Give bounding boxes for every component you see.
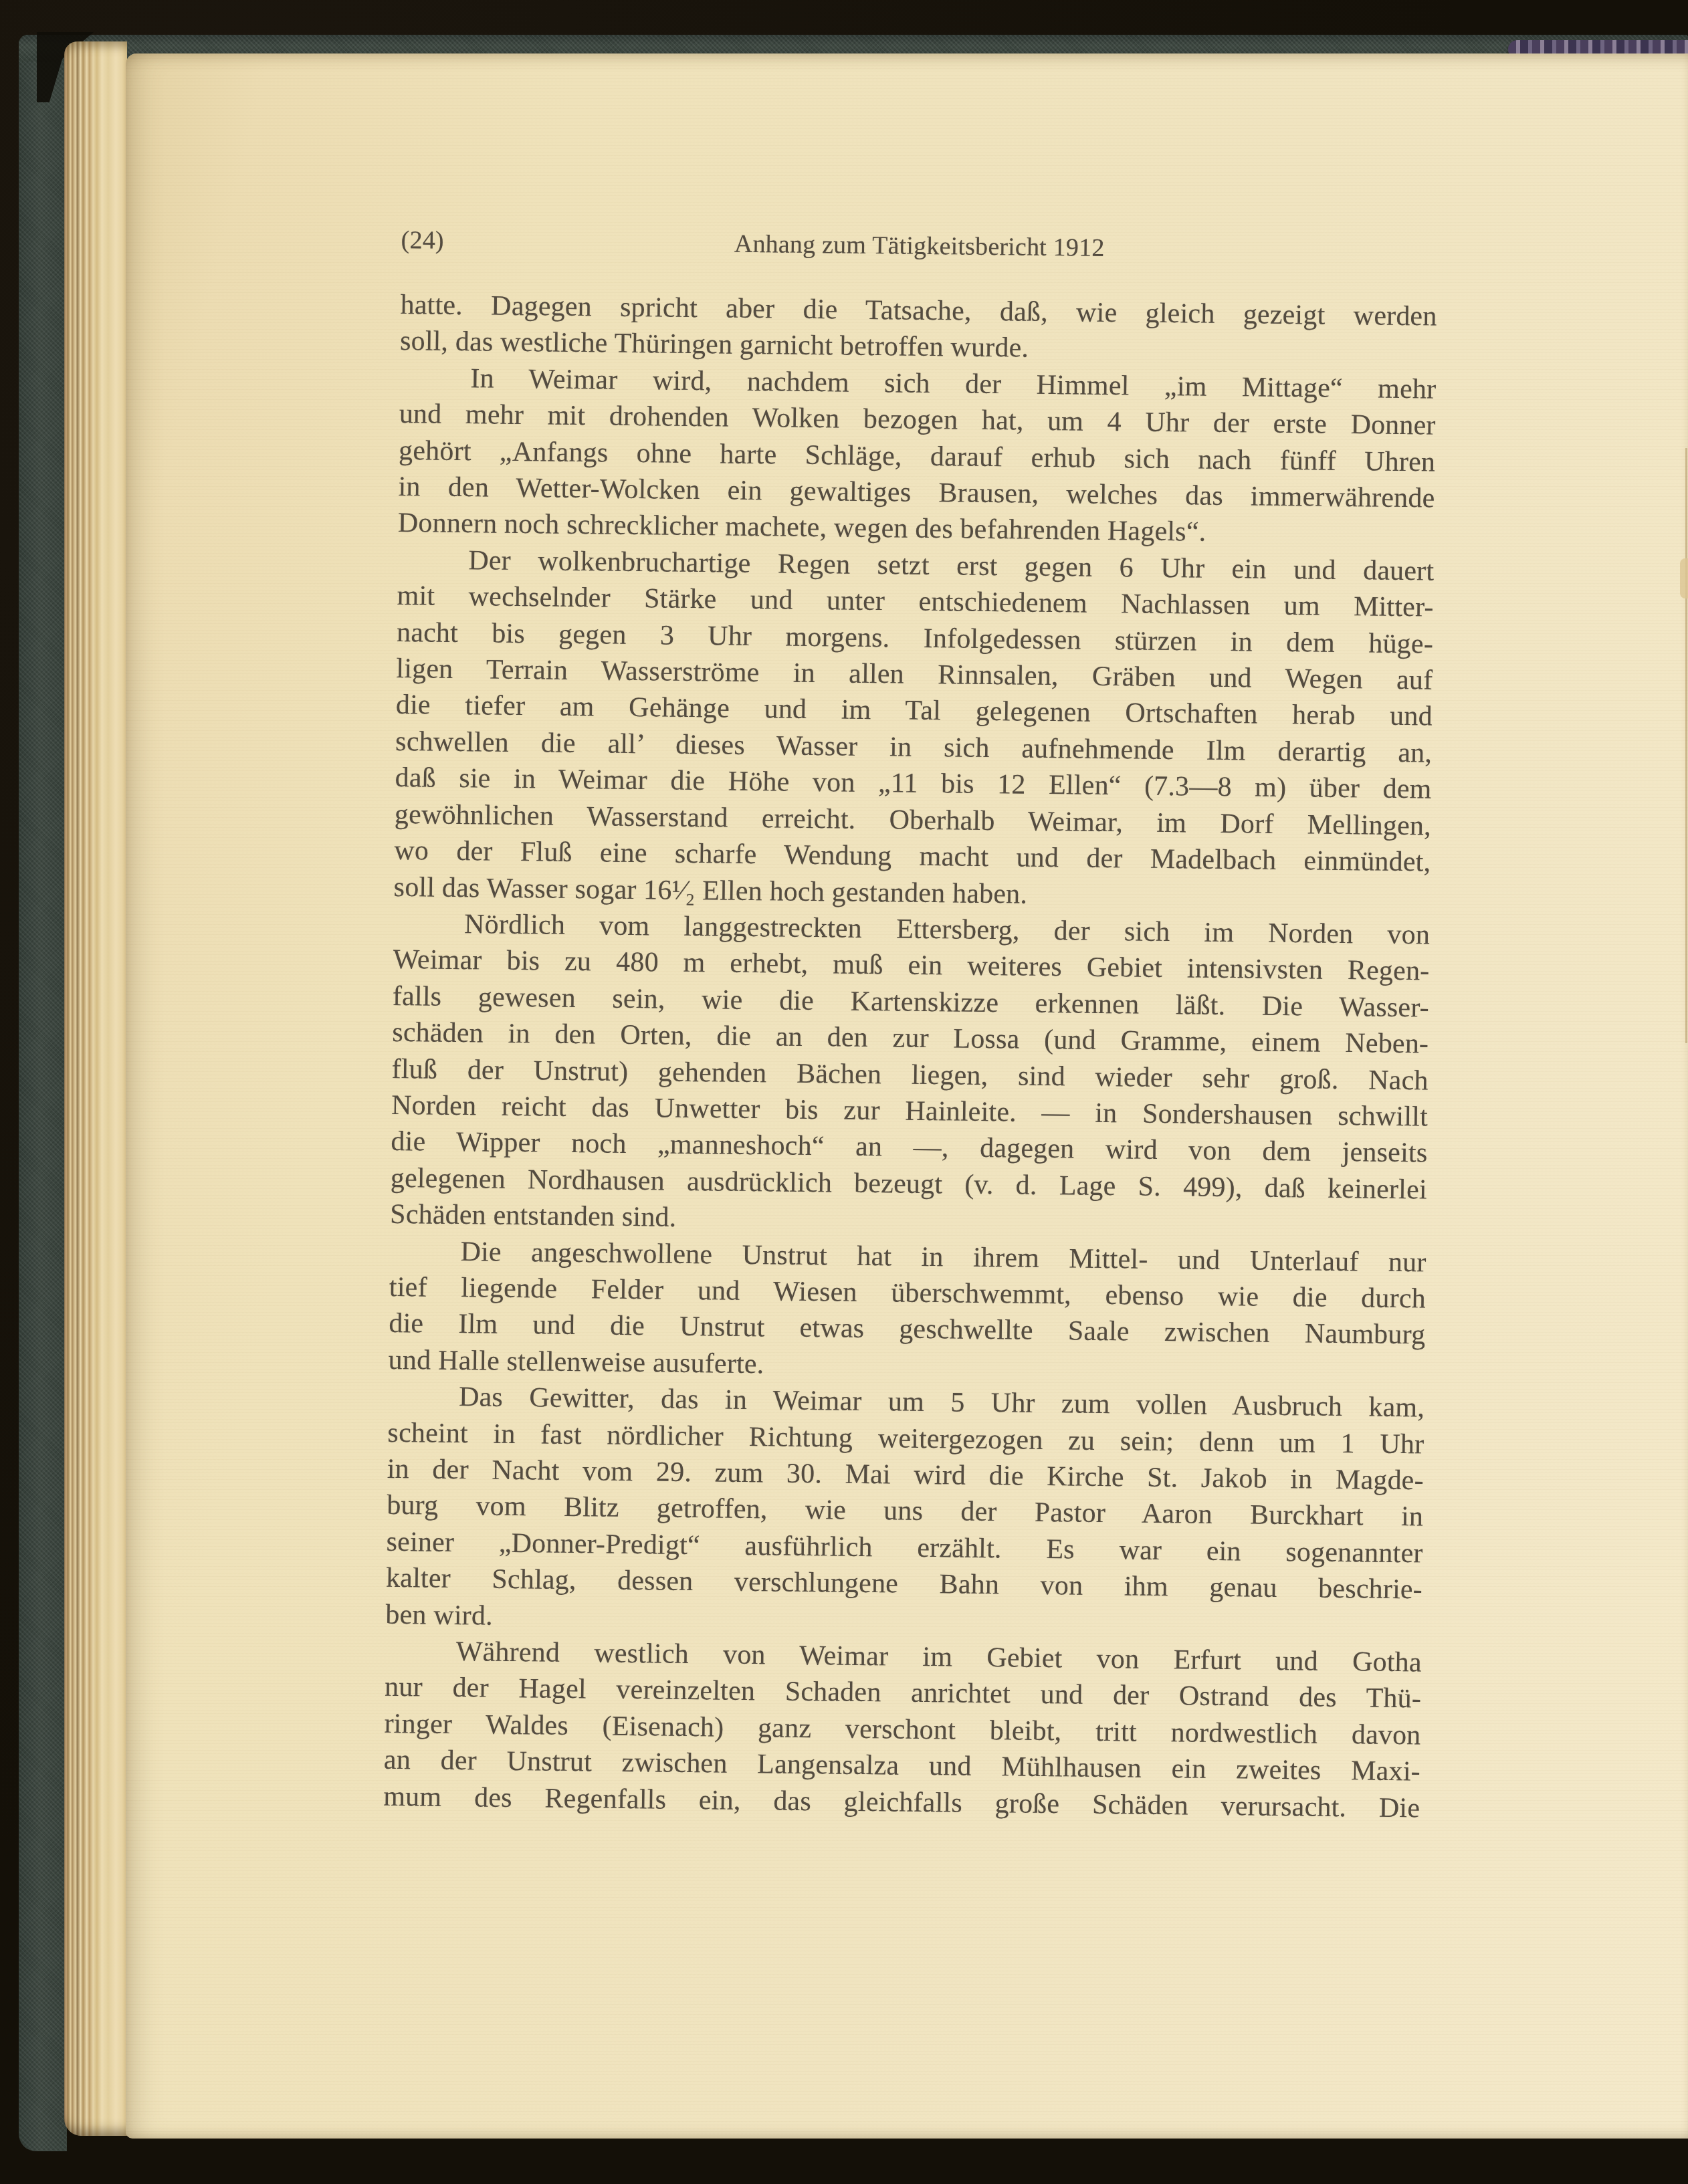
book-cover-left-edge	[19, 35, 67, 2151]
running-title: Anhang zum Tätigkeitsbericht 1912	[401, 225, 1438, 267]
page-header: (24) Anhang zum Tätigkeitsbericht 1912	[401, 225, 1438, 267]
book-page: (24) Anhang zum Tätigkeitsbericht 1912 h…	[126, 53, 1688, 2139]
printed-text-block: (24) Anhang zum Tätigkeitsbericht 1912 h…	[383, 225, 1438, 1826]
page-right-edge-line	[1685, 448, 1687, 1043]
page-block-edges	[64, 41, 127, 2136]
scanned-book-page: (24) Anhang zum Tätigkeitsbericht 1912 h…	[0, 0, 1688, 2184]
body-text: hatte. Dagegen spricht aber die Tatsache…	[383, 287, 1437, 1826]
page-edge-chip	[1680, 558, 1688, 598]
